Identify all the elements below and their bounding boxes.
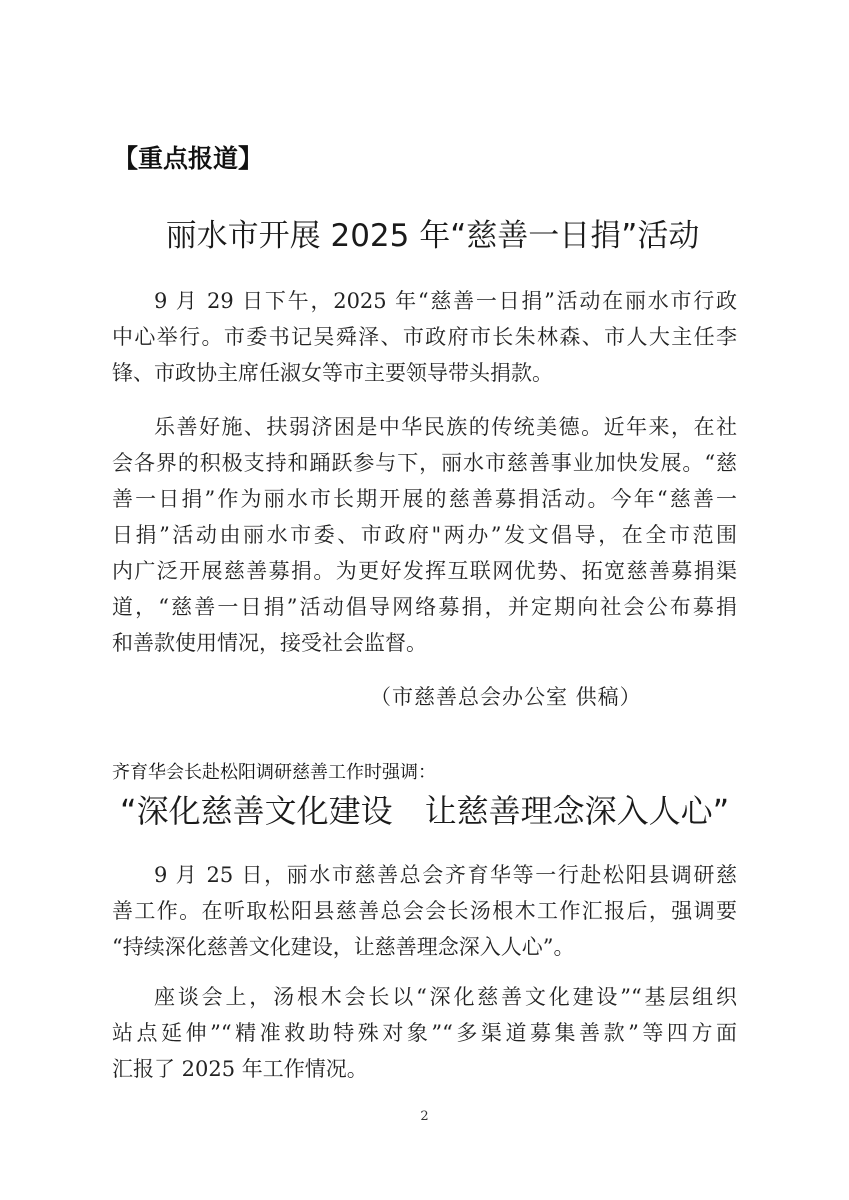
article-2-title: “深化慈善文化建设 让慈善理念深入人心” bbox=[112, 788, 729, 834]
article-1-para-2-line-5: 内广泛开展慈善募捐。为更好发挥互联网优势、拓宽慈善募捐渠 bbox=[112, 556, 737, 586]
article-2-para-1-line-3: “持续深化慈善文化建设，让慈善理念深入人心”。 bbox=[112, 932, 737, 962]
article-1-credit: （市慈善总会办公室 供稿） bbox=[370, 682, 642, 712]
page-number: 2 bbox=[0, 1108, 849, 1126]
article-2-para-1-line-2: 善工作。在听取松阳县慈善总会会长汤根木工作汇报后，强调要 bbox=[112, 896, 737, 926]
article-1-para-2-line-1: 乐善好施、扶弱济困是中华民族的传统美德。近年来，在社 bbox=[154, 412, 737, 442]
article-2-para-1-line-1: 9 月 25 日，丽水市慈善总会齐育华等一行赴松阳县调研慈 bbox=[154, 860, 737, 890]
article-1-title: 丽水市开展 2025 年“慈善一日捐”活动 bbox=[0, 214, 849, 258]
article-1-para-2-line-3: 善一日捐”作为丽水市长期开展的慈善募捐活动。今年“慈善一 bbox=[112, 484, 737, 514]
article-2-para-2-line-1: 座谈会上，汤根木会长以“深化慈善文化建设”“基层组织 bbox=[154, 982, 737, 1012]
article-1-para-2-line-2: 会各界的积极支持和踊跃参与下，丽水市慈善事业加快发展。“慈 bbox=[112, 448, 737, 478]
article-1-para-2-line-6: 道，“慈善一日捐”活动倡导网络募捐，并定期向社会公布募捐 bbox=[112, 592, 737, 622]
section-tag: 【重点报道】 bbox=[113, 142, 263, 176]
article-1-para-2-line-7: 和善款使用情况，接受社会监督。 bbox=[112, 628, 737, 658]
article-1-para-1-line-3: 锋、市政协主席任淑女等市主要领导带头捐款。 bbox=[112, 358, 737, 388]
article-1-para-1-line-1: 9 月 29 日下午，2025 年“慈善一日捐”活动在丽水市行政 bbox=[154, 286, 737, 316]
article-2-kicker: 齐育华会长赴松阳调研慈善工作时强调： bbox=[112, 761, 436, 785]
article-2-para-2-line-2: 站点延伸”“精准救助特殊对象”“多渠道募集善款”等四方面 bbox=[112, 1018, 737, 1048]
article-1-para-2-line-4: 日捐”活动由丽水市委、市政府"两办”发文倡导，在全市范围 bbox=[112, 520, 737, 550]
document-page: 【重点报道】 丽水市开展 2025 年“慈善一日捐”活动 9 月 29 日下午，… bbox=[0, 0, 849, 1200]
article-1-para-1-line-2: 中心举行。市委书记吴舜泽、市政府市长朱林森、市人大主任李 bbox=[112, 322, 737, 352]
article-2-para-2-line-3: 汇报了 2025 年工作情况。 bbox=[112, 1054, 737, 1084]
